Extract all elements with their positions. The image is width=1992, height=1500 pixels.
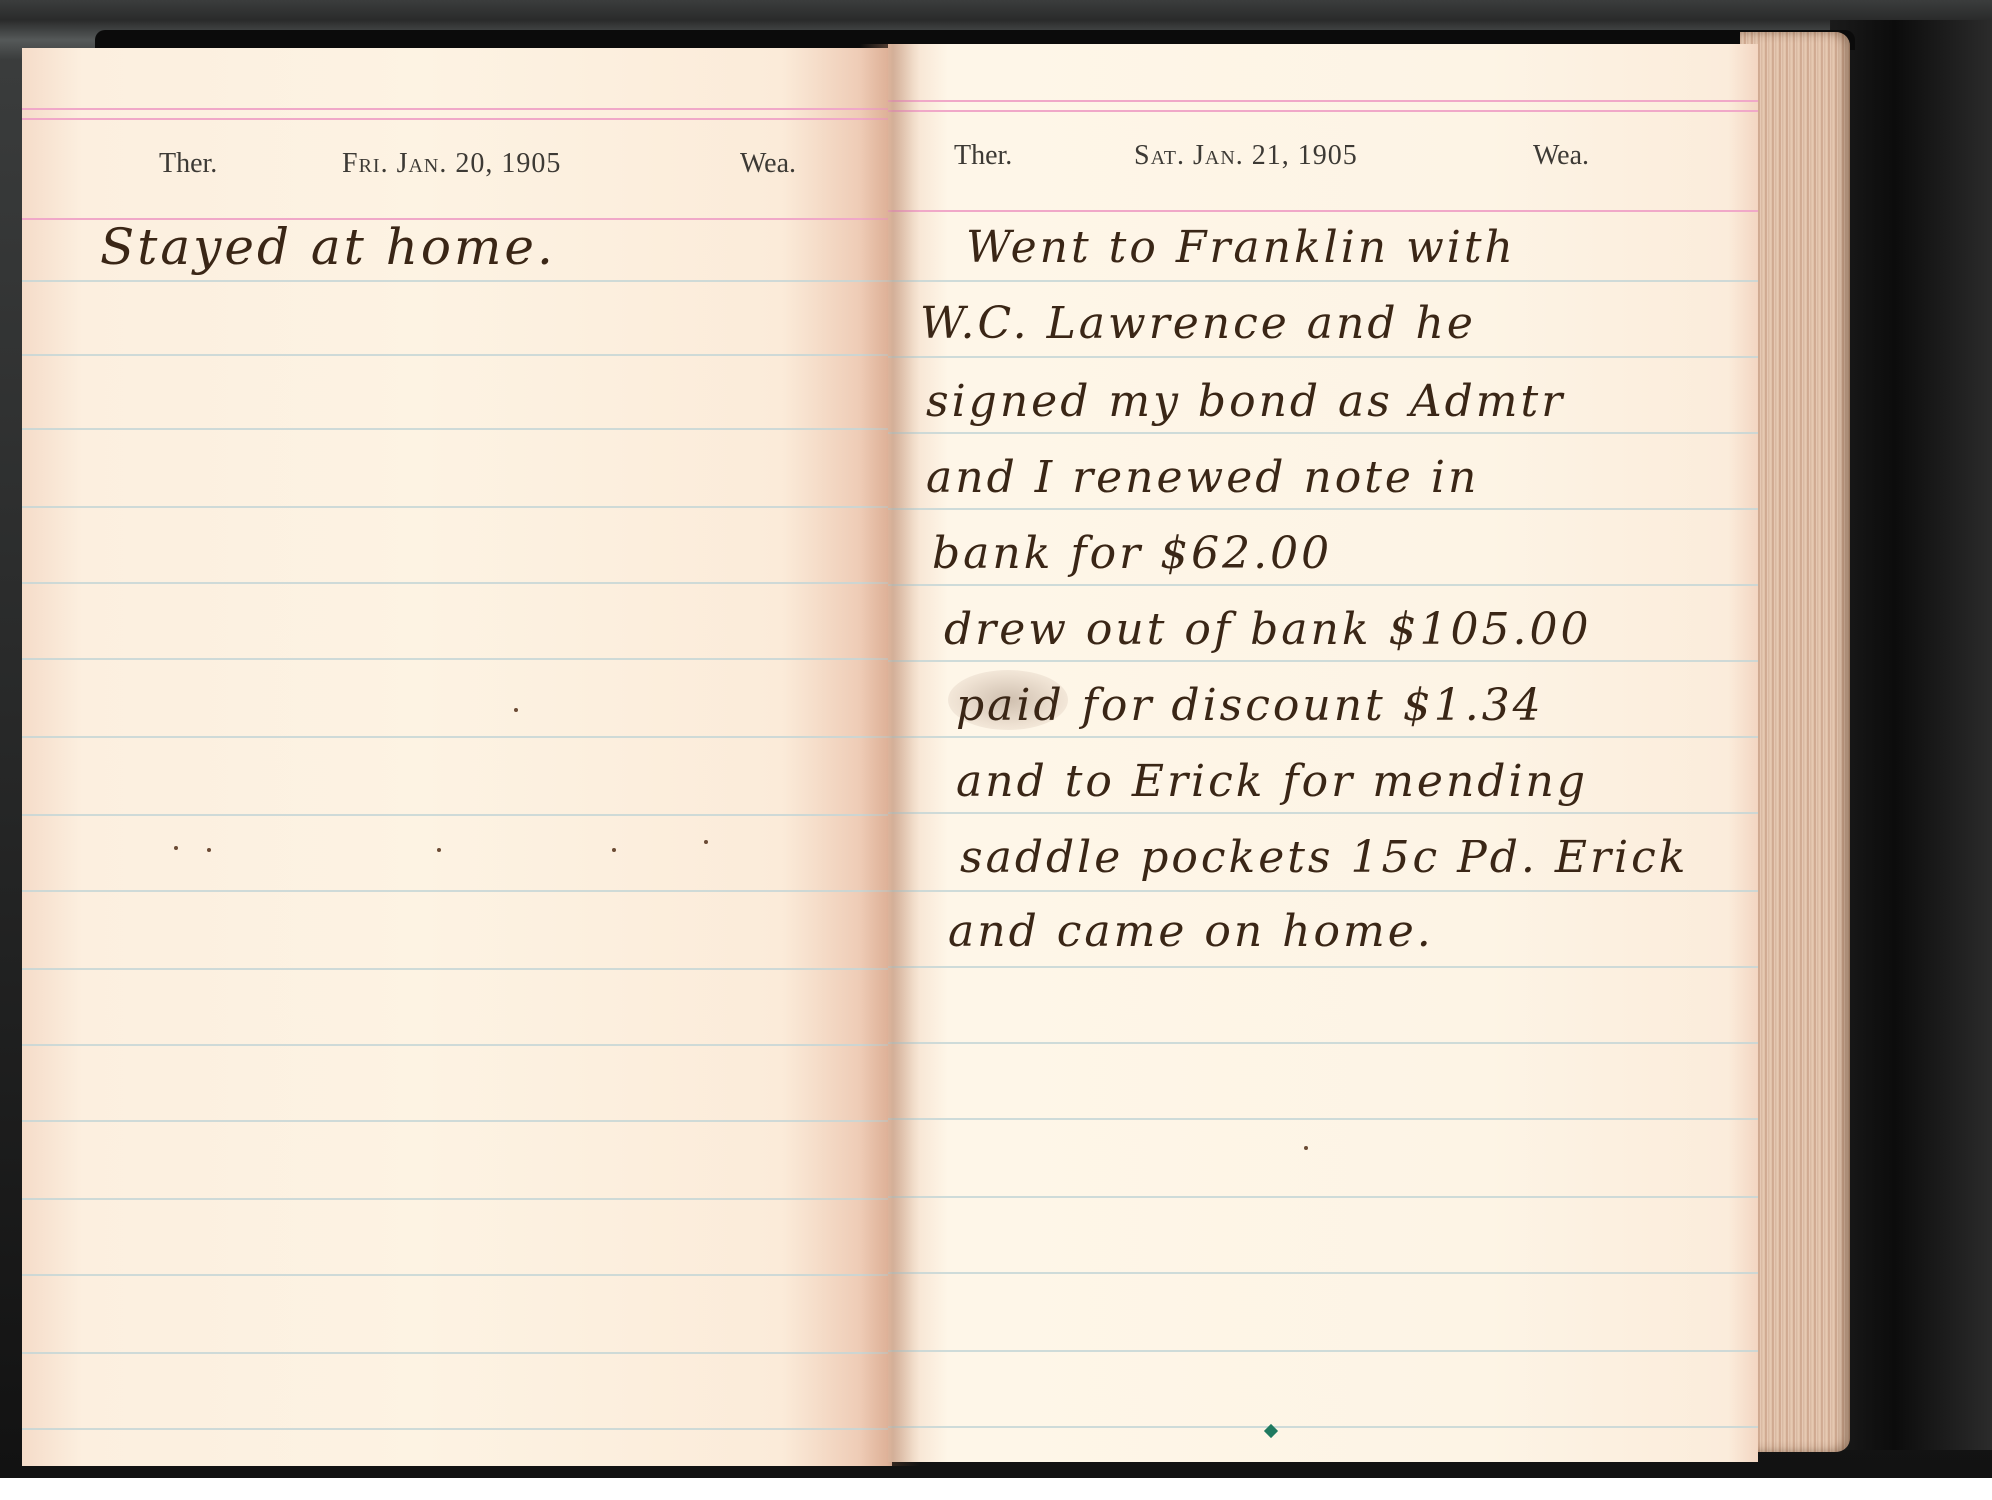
cover-shadow xyxy=(1830,20,1992,1450)
handwritten-entry-line: and came on home. xyxy=(948,906,1434,957)
right-page-header: Ther. Sat. Jan. 21, 1905 Wea. xyxy=(888,140,1758,190)
pink-rule xyxy=(888,110,1758,112)
left-diary-page: Ther. Fri. Jan. 20, 1905 Wea. Stayed at … xyxy=(22,48,892,1466)
handwritten-entry-line: signed my bond as Admtr xyxy=(926,376,1565,427)
handwritten-entry-line: bank for $62.00 xyxy=(932,528,1332,579)
weather-label: Wea. xyxy=(1533,140,1589,172)
pink-rule xyxy=(22,108,892,110)
left-page-header: Ther. Fri. Jan. 20, 1905 Wea. xyxy=(22,148,892,198)
pink-rule xyxy=(888,210,1758,212)
page-date: Fri. Jan. 20, 1905 xyxy=(342,148,561,180)
handwritten-entry-line: saddle pockets 15c Pd. Erick xyxy=(960,832,1688,883)
thermometer-label: Ther. xyxy=(159,148,217,180)
handwritten-entry-line: W.C. Lawrence and he xyxy=(920,298,1476,349)
handwritten-entry-line: drew out of bank $105.00 xyxy=(944,604,1591,655)
handwritten-entry-line: paid for discount $1.34 xyxy=(956,680,1544,731)
thermometer-label: Ther. xyxy=(954,140,1012,172)
right-diary-page: Ther. Sat. Jan. 21, 1905 Wea. Went to Fr… xyxy=(888,44,1758,1462)
handwritten-entry-line: Went to Franklin with xyxy=(966,222,1516,273)
handwritten-entry-line: Stayed at home. xyxy=(100,218,556,276)
handwritten-entry-line: and I renewed note in xyxy=(926,452,1479,503)
pink-rule xyxy=(22,118,892,120)
handwritten-entry-line: and to Erick for mending xyxy=(956,756,1588,807)
weather-label: Wea. xyxy=(740,148,796,180)
pink-rule xyxy=(888,100,1758,102)
page-date: Sat. Jan. 21, 1905 xyxy=(1134,140,1358,172)
